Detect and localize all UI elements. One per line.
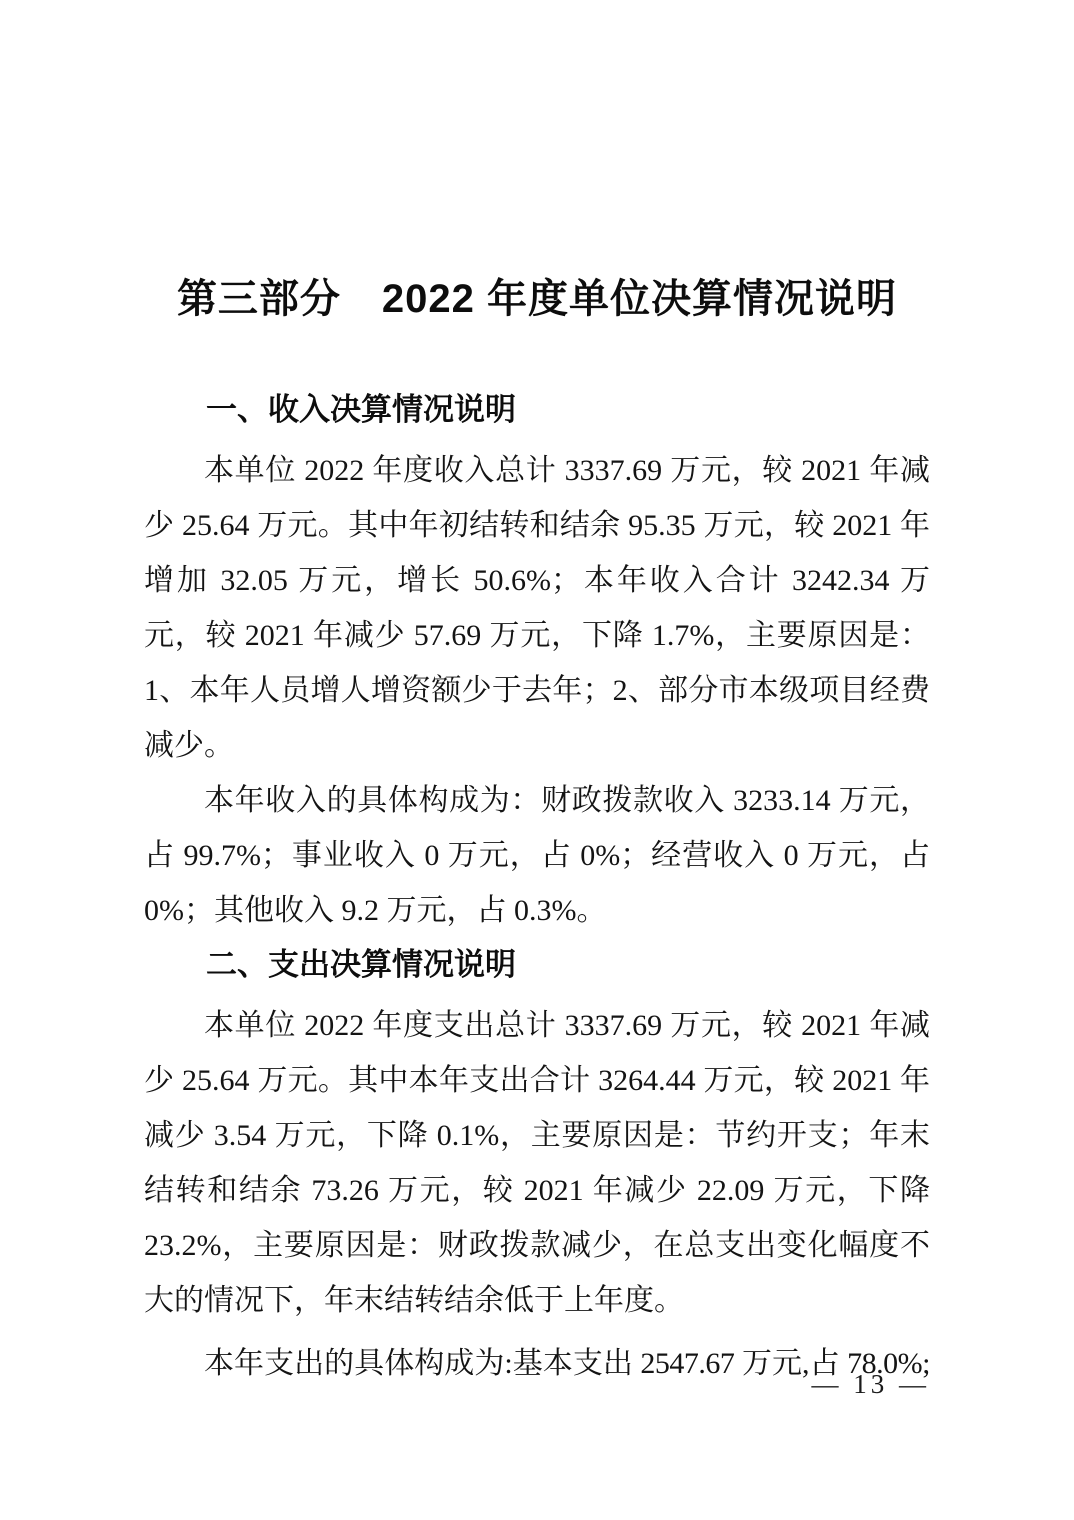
- page-number: — 13 —: [812, 1368, 931, 1400]
- income-summary-paragraph: 本单位 2022 年度收入总计 3337.69 万元，较 2021 年减少 25…: [144, 443, 930, 773]
- expenditure-summary-paragraph: 本单位 2022 年度支出总计 3337.69 万元，较 2021 年减少 25…: [144, 998, 930, 1328]
- section-heading-income: 一、收入决算情况说明: [144, 389, 930, 431]
- document-page: 第三部分 2022 年度单位决算情况说明 一、收入决算情况说明 本单位 2022…: [0, 0, 1074, 1520]
- income-composition-paragraph: 本年收入的具体构成为：财政拨款收入 3233.14 万元，占 99.7%；事业收…: [144, 773, 930, 938]
- section-heading-expenditure: 二、支出决算情况说明: [144, 944, 930, 986]
- document-title: 第三部分 2022 年度单位决算情况说明: [144, 273, 930, 325]
